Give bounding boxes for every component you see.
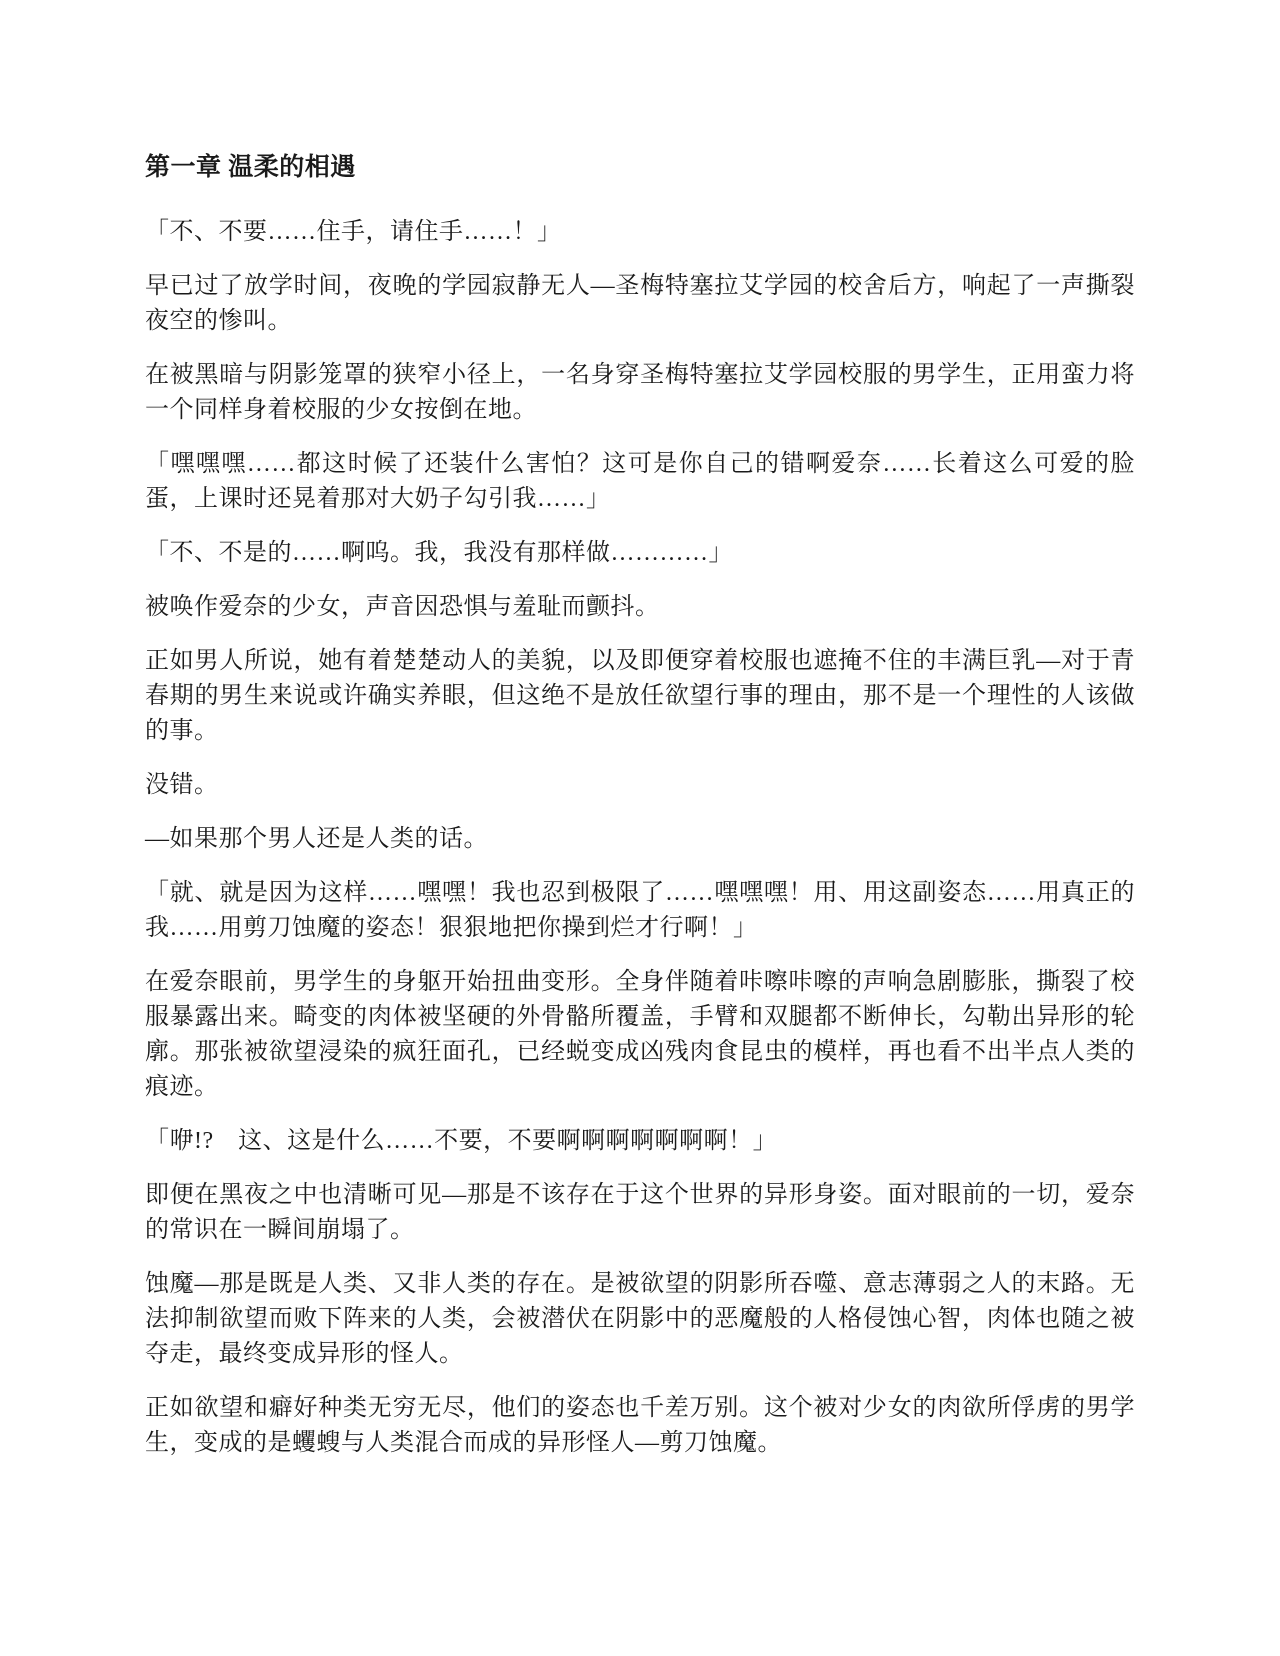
paragraph: 被唤作爱奈的少女，声音因恐惧与羞耻而颤抖。 [145, 590, 1135, 625]
paragraph: 「不、不要……住手，请住手……！」 [145, 215, 1135, 250]
paragraph: 在爱奈眼前，男学生的身躯开始扭曲变形。全身伴随着咔嚓咔嚓的声响急剧膨胀，撕裂了校… [145, 965, 1135, 1105]
paragraph: 即便在黑夜之中也清晰可见—那是不该存在于这个世界的异形身姿。面对眼前的一切，爱奈… [145, 1178, 1135, 1248]
chapter-body: 「不、不要……住手，请住手……！」 早已过了放学时间，夜晚的学园寂静无人—圣梅特… [145, 215, 1135, 1461]
paragraph: 正如欲望和癖好种类无穷无尽，他们的姿态也千差万别。这个被对少女的肉欲所俘虏的男学… [145, 1391, 1135, 1461]
paragraph: 「咿!? 这、这是什么……不要，不要啊啊啊啊啊啊啊！」 [145, 1124, 1135, 1159]
paragraph: 在被黑暗与阴影笼罩的狭窄小径上，一名身穿圣梅特塞拉艾学园校服的男学生，正用蛮力将… [145, 358, 1135, 428]
paragraph: 「嘿嘿嘿……都这时候了还装什么害怕？这可是你自己的错啊爱奈……长着这么可爱的脸蛋… [145, 447, 1135, 517]
chapter-heading: 第一章 温柔的相遇 [145, 150, 1135, 185]
paragraph: —如果那个男人还是人类的话。 [145, 822, 1135, 857]
document-page: 第一章 温柔的相遇 「不、不要……住手，请住手……！」 早已过了放学时间，夜晚的… [0, 0, 1280, 1656]
paragraph: 「不、不是的……啊呜。我，我没有那样做…………」 [145, 536, 1135, 571]
paragraph: 正如男人所说，她有着楚楚动人的美貌，以及即便穿着校服也遮掩不住的丰满巨乳—对于青… [145, 644, 1135, 749]
paragraph: 没错。 [145, 768, 1135, 803]
paragraph: 「就、就是因为这样……嘿嘿！我也忍到极限了……嘿嘿嘿！用、用这副姿态……用真正的… [145, 876, 1135, 946]
paragraph: 早已过了放学时间，夜晚的学园寂静无人—圣梅特塞拉艾学园的校舍后方，响起了一声撕裂… [145, 269, 1135, 339]
paragraph: 蚀魔—那是既是人类、又非人类的存在。是被欲望的阴影所吞噬、意志薄弱之人的末路。无… [145, 1267, 1135, 1372]
